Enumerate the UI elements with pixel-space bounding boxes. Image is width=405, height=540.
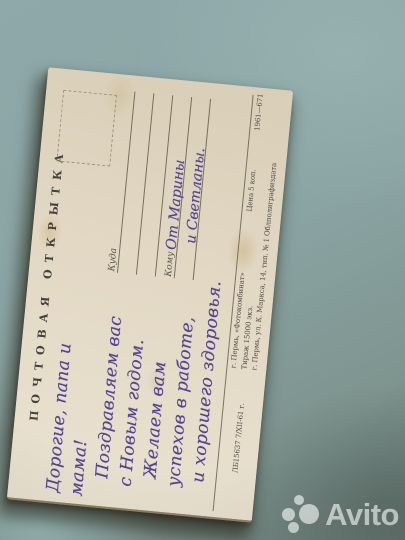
handwritten-message: Дорогие, папа и мама! Поздравляем вас с … <box>41 267 228 507</box>
photo-background: ПОЧТОВАЯ ОТКРЫТКА Куда Кому От Марины и … <box>0 0 405 540</box>
postcard: ПОЧТОВАЯ ОТКРЫТКА Куда Кому От Марины и … <box>7 67 293 523</box>
imprint-price: Цена 5 коп. <box>245 169 257 212</box>
avito-watermark: Avito <box>282 495 399 533</box>
address-block: Куда Кому От Марины и Светланы. <box>99 90 211 280</box>
handwritten-sender-line-2: и Светланы. <box>183 147 208 244</box>
imprint-catalog-number: 1961—671 <box>253 93 265 131</box>
avito-logo-icon <box>282 495 320 533</box>
imprint-print-code: ЛБ15637 7/XII-61 г. <box>231 403 246 474</box>
avito-watermark-text: Avito <box>325 499 399 530</box>
stamp-box <box>56 90 117 167</box>
